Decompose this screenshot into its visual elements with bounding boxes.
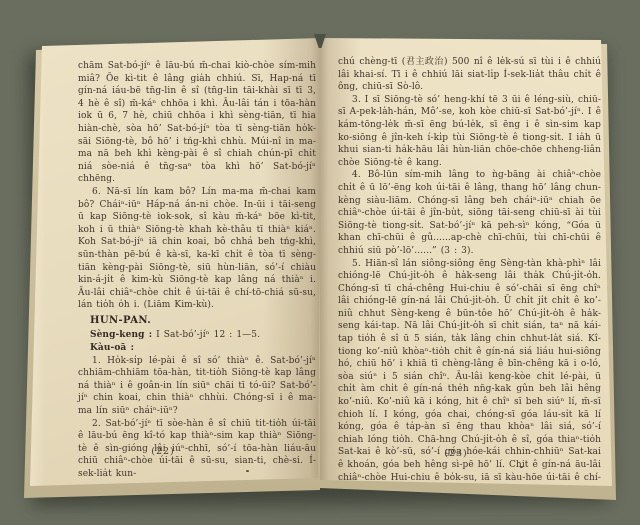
page-number-right: (23) <box>310 448 602 459</box>
book-page-left: chām Sat-bó-jíⁿ ê lāu-bú m̄-chai kiò-chò… <box>28 38 322 490</box>
book-page-right: chú chèng-tī (君主政治) 500 nî ê le̍k-sú sī … <box>320 36 612 502</box>
book-photo: chām Sat-bó-jíⁿ ê lāu-bú m̄-chai kiò-chò… <box>0 0 640 525</box>
ink-speck <box>520 466 523 468</box>
right-page-text-column: chú chèng-tī (君主政治) 500 nî ê le̍k-sú sī … <box>338 56 601 497</box>
scripture-reference: I Sat-bó’-jíⁿ 12 : 1—5. <box>156 330 260 340</box>
paragraph-item-3: 3. I sī Siōng-tè só’ heng-khí tē 3 ūi ê … <box>338 94 601 170</box>
paragraph-continuation: chām Sat-bó-jíⁿ ê lāu-bú m̄-chai kiò-chò… <box>78 60 316 186</box>
paragraph-item-4: 4. Bô-lūn sím-mih lâng to ǹg-bāng ài chi… <box>338 169 601 257</box>
paragraph-continuation: chú chèng-tī (君主政治) 500 nî ê le̍k-sú sī … <box>338 56 601 94</box>
ink-speck <box>246 470 249 472</box>
lesson-label-line: Kàu-oā : <box>78 342 316 355</box>
section-heading: HUN-PAN. <box>78 315 316 328</box>
paragraph-item-5: 5. Hiān-sî lán siông-siông ēng Sèng-tàn … <box>338 258 601 497</box>
page-number-left: (22) <box>16 446 310 457</box>
paragraph-item-6: 6. Nā-sī lín kam bô? Lín ma-ma m̄-chai k… <box>78 186 316 312</box>
scripture-label: Sèng-keng : <box>90 330 152 340</box>
lesson-label: Kàu-oā : <box>90 343 134 353</box>
scripture-reference-line: Sèng-keng : I Sat-bó’-jíⁿ 12 : 1—5. <box>78 329 316 342</box>
paragraph-item-1: 1. Ho̍k-si̍p lé-pài ê sî só’ thiàⁿ ê. Sa… <box>78 355 316 418</box>
left-page-text-column: chām Sat-bó-jíⁿ ê lāu-bú m̄-chai kiò-chò… <box>78 60 316 481</box>
